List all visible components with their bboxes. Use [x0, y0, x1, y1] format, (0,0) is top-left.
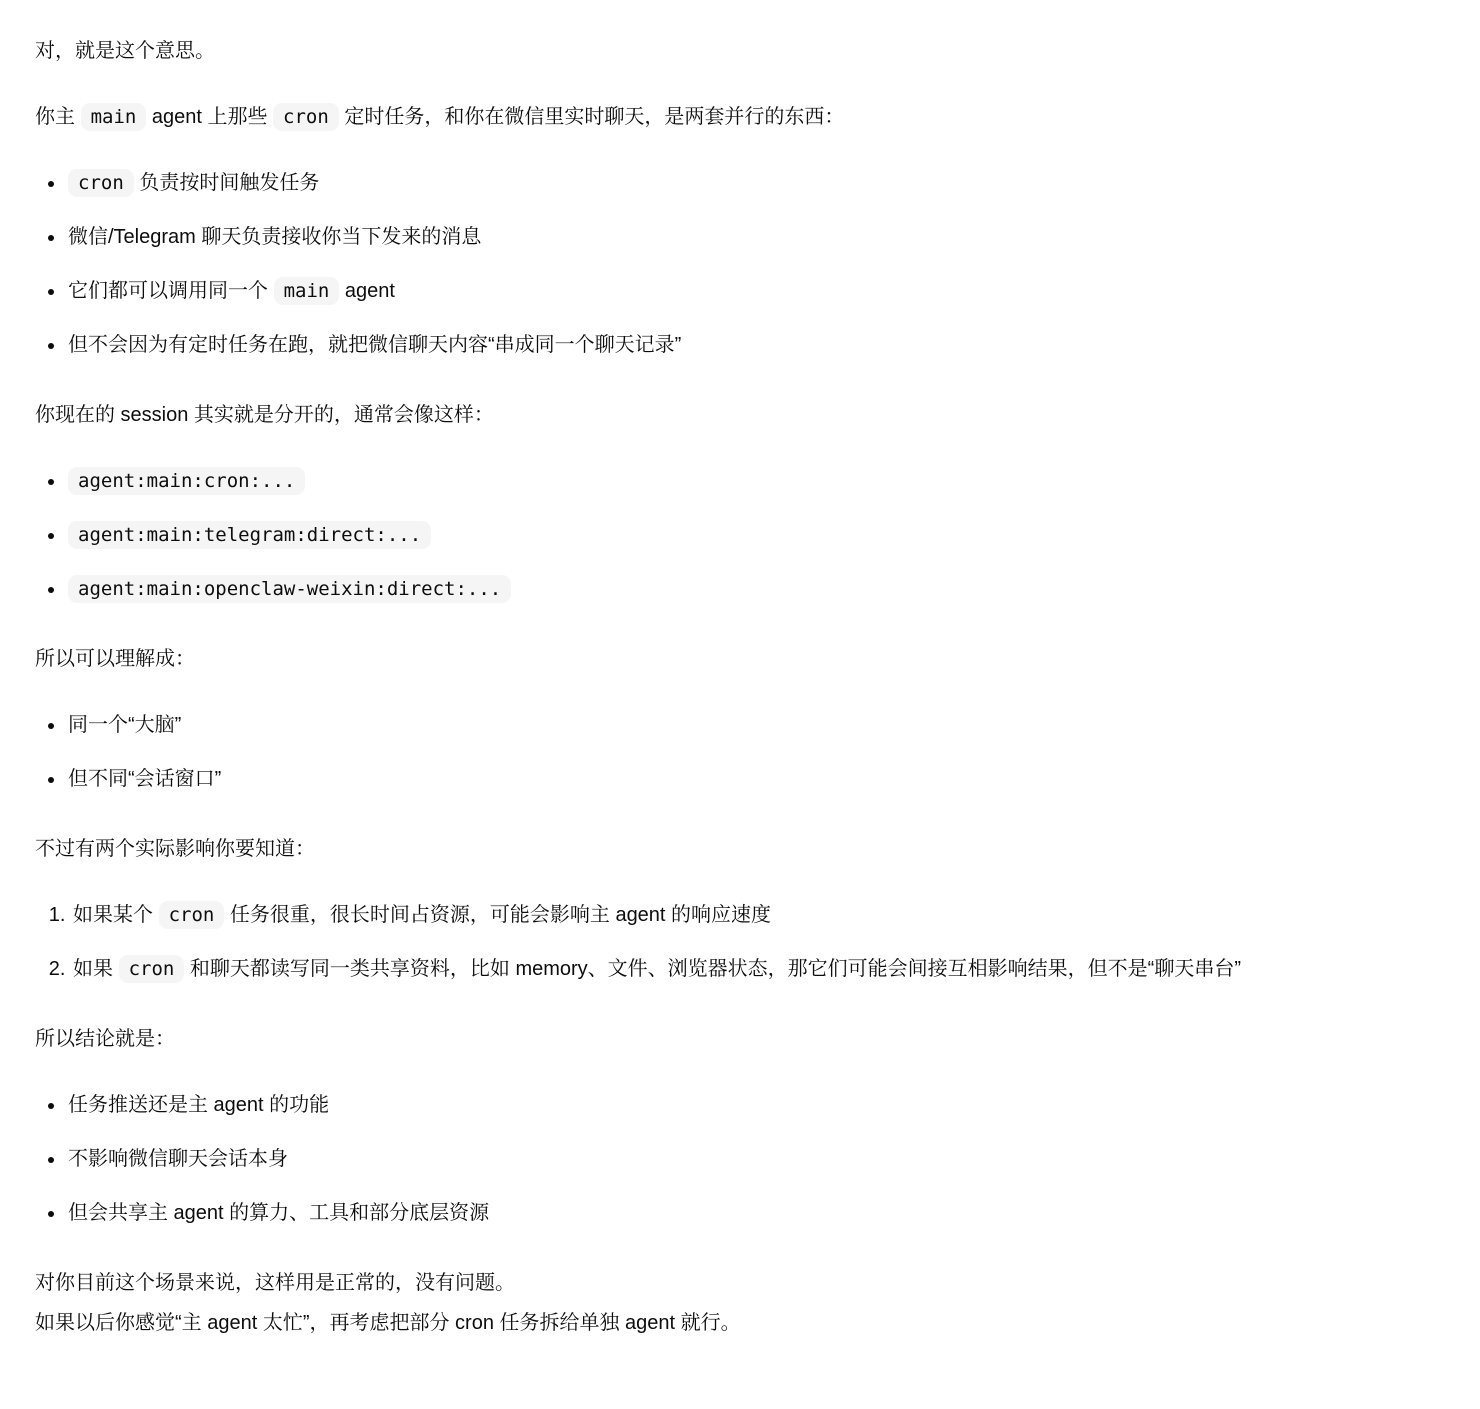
paragraph: 对你目前这个场景来说，这样用是正常的，没有问题。如果以后你感觉“主 agent … [35, 1263, 1468, 1343]
text-run: 它们都可以调用同一个 [68, 280, 274, 302]
list-item: 任务推送还是主 agent 的功能 [66, 1085, 1468, 1125]
list-item: 如果 cron 和聊天都读写同一类共享资料，比如 memory、文件、浏览器状态… [71, 949, 1468, 989]
text-run: agent 上那些 [146, 106, 273, 128]
text-run: 你现在的 session 其实就是分开的，通常会像这样： [35, 404, 494, 426]
text-run: 任务推送还是主 agent 的功能 [68, 1094, 329, 1116]
text-run: 不影响微信聊天会话本身 [68, 1148, 288, 1170]
text-run: agent [339, 280, 395, 302]
list-item: 但不会因为有定时任务在跑，就把微信聊天内容“串成同一个聊天记录” [66, 325, 1468, 365]
list-item: 如果某个 cron 任务很重，很长时间占资源，可能会影响主 agent 的响应速… [71, 895, 1468, 935]
text-run: 但不会因为有定时任务在跑，就把微信聊天内容“串成同一个聊天记录” [68, 334, 681, 356]
bullet-list: cron 负责按时间触发任务 微信/Telegram 聊天负责接收你当下发来的消… [35, 163, 1468, 365]
paragraph: 不过有两个实际影响你要知道： [35, 829, 1468, 869]
numbered-list: 如果某个 cron 任务很重，很长时间占资源，可能会影响主 agent 的响应速… [35, 895, 1468, 989]
paragraph: 对，就是这个意思。 [35, 31, 1468, 71]
text-run: 和聊天都读写同一类共享资料，比如 memory、文件、浏览器状态，那它们可能会间… [184, 958, 1241, 980]
text-run: 对你目前这个场景来说，这样用是正常的，没有问题。 [35, 1272, 515, 1294]
list-item: 不影响微信聊天会话本身 [66, 1139, 1468, 1179]
text-run: 你主 [35, 106, 81, 128]
text-run: 任务很重，很长时间占资源，可能会影响主 agent 的响应速度 [224, 904, 771, 926]
list-item: agent:main:cron:... [66, 461, 1468, 501]
text-run: 如果 [73, 958, 119, 980]
inline-code: agent:main:openclaw-weixin:direct:... [68, 575, 511, 603]
inline-code: main [274, 277, 340, 305]
paragraph: 所以结论就是： [35, 1019, 1468, 1059]
text-run: 如果某个 [73, 904, 159, 926]
text-run: 负责按时间触发任务 [134, 172, 320, 194]
text-run: 定时任务，和你在微信里实时聊天，是两套并行的东西： [339, 106, 845, 128]
text-run: 不过有两个实际影响你要知道： [35, 838, 315, 860]
bullet-list: 同一个“大脑” 但不同“会话窗口” [35, 705, 1468, 799]
paragraph: 所以可以理解成： [35, 639, 1468, 679]
paragraph: 你主 main agent 上那些 cron 定时任务，和你在微信里实时聊天，是… [35, 97, 1468, 137]
text-run: 对，就是这个意思。 [35, 40, 215, 62]
text-run: 同一个“大脑” [68, 714, 181, 736]
inline-code: cron [68, 169, 134, 197]
text-run: 但不同“会话窗口” [68, 768, 221, 790]
inline-code: main [81, 103, 147, 131]
bullet-list: 任务推送还是主 agent 的功能 不影响微信聊天会话本身 但会共享主 agen… [35, 1085, 1468, 1233]
inline-code: agent:main:telegram:direct:... [68, 521, 431, 549]
list-item: agent:main:openclaw-weixin:direct:... [66, 569, 1468, 609]
text-run: 所以结论就是： [35, 1028, 175, 1050]
list-item: cron 负责按时间触发任务 [66, 163, 1468, 203]
assistant-message: 对，就是这个意思。 你主 main agent 上那些 cron 定时任务，和你… [0, 0, 1480, 1409]
text-run: 但会共享主 agent 的算力、工具和部分底层资源 [68, 1202, 489, 1224]
bullet-list: agent:main:cron:... agent:main:telegram:… [35, 461, 1468, 609]
list-item: 但会共享主 agent 的算力、工具和部分底层资源 [66, 1193, 1468, 1233]
list-item: agent:main:telegram:direct:... [66, 515, 1468, 555]
text-run: 微信/Telegram 聊天负责接收你当下发来的消息 [68, 226, 481, 248]
list-item: 微信/Telegram 聊天负责接收你当下发来的消息 [66, 217, 1468, 257]
list-item: 它们都可以调用同一个 main agent [66, 271, 1468, 311]
paragraph: 你现在的 session 其实就是分开的，通常会像这样： [35, 395, 1468, 435]
inline-code: agent:main:cron:... [68, 467, 305, 495]
list-item: 但不同“会话窗口” [66, 759, 1468, 799]
list-item: 同一个“大脑” [66, 705, 1468, 745]
inline-code: cron [273, 103, 339, 131]
text-run: 如果以后你感觉“主 agent 太忙”，再考虑把部分 cron 任务拆给单独 a… [35, 1312, 741, 1334]
text-run: 所以可以理解成： [35, 648, 195, 670]
inline-code: cron [159, 901, 225, 929]
inline-code: cron [119, 955, 185, 983]
